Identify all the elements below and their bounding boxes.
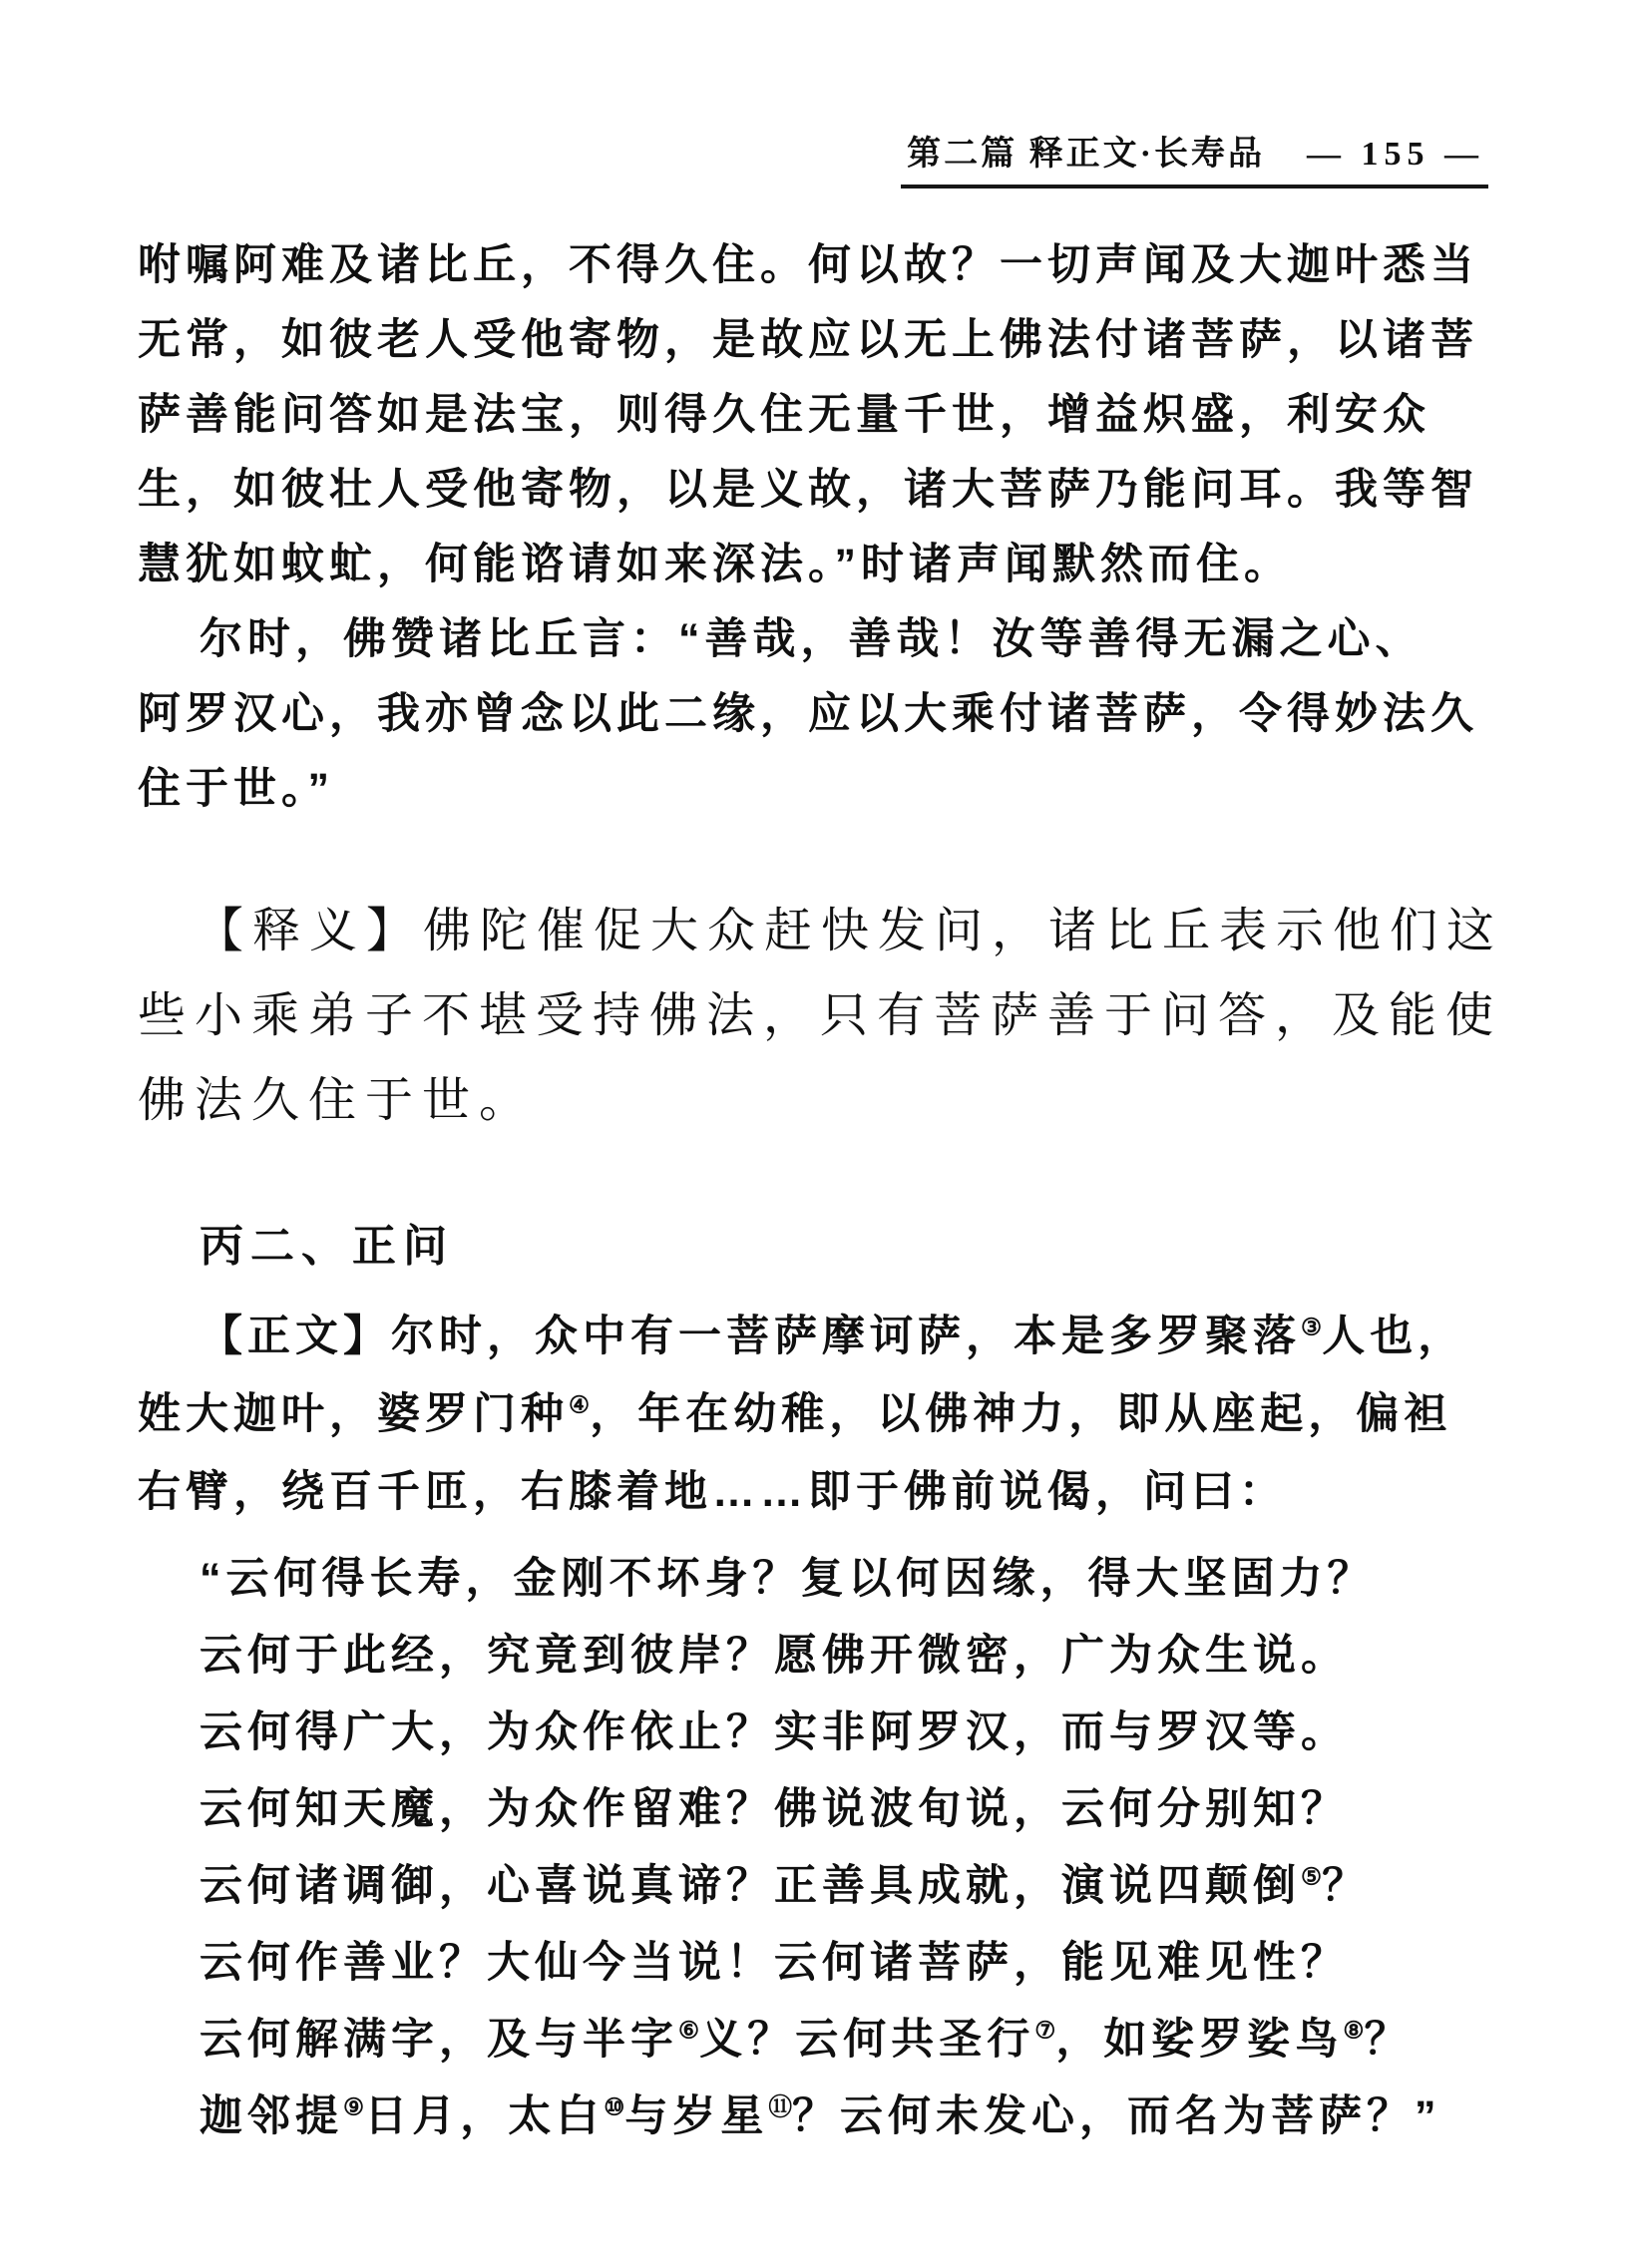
verse-line: 云何得广大，为众作依止？实非阿罗汉，而与罗汉等。: [200, 1695, 1488, 1771]
book-page: 第二篇 释正文·长寿品— 155 — 咐嘱阿难及诸比丘，不得久住。何以故？一切声…: [0, 0, 1628, 2268]
verse-line: 云何作善业？大仙今当说！云何诸菩萨，能见难见性？: [200, 1925, 1488, 2002]
shiyi-line: 佛法久住于世。: [138, 1058, 1488, 1143]
zhengwen-paragraph: 【正文】尔时，众中有一菩萨摩诃萨，本是多罗聚落③人也， 姓大迦叶，婆罗门种④，年…: [138, 1298, 1488, 1531]
scripture-line: 咐嘱阿难及诸比丘，不得久住。何以故？一切声闻及大迦叶悉当: [138, 228, 1488, 303]
scripture-line: 慧犹如蚊虻，何能谘请如来深法。”时诸声闻默然而住。: [138, 528, 1488, 602]
verse-line: 云何于此经，究竟到彼岸？愿佛开微密，广为众生说。: [200, 1618, 1488, 1695]
verse-line: 迦邻提⑨日月，太白⑩与岁星⑪？云何未发心，而名为菩萨？”: [200, 2079, 1488, 2155]
shiyi-explanation: 【释义】佛陀催促大众赶快发问，诸比丘表示他们这 些小乘弟子不堪受持佛法，只有菩萨…: [138, 889, 1488, 1143]
scripture-line: 阿罗汉心，我亦曾念以此二缘，应以大乘付诸菩萨，令得妙法久: [138, 677, 1488, 752]
verse-line: 云何诸调御，心喜说真谛？正善具成就，演说四颠倒⑤？: [200, 1848, 1488, 1925]
verse-line: 云何解满字，及与半字⑥义？云何共圣行⑦，如娑罗娑鸟⑧？: [200, 2002, 1488, 2079]
scripture-line: 住于世。”: [138, 752, 1488, 827]
scripture-paragraph-1: 咐嘱阿难及诸比丘，不得久住。何以故？一切声闻及大迦叶悉当 无常，如彼老人受他寄物…: [138, 228, 1488, 602]
verse-block: “云何得长寿，金刚不坏身？复以何因缘，得大坚固力？ 云何于此经，究竟到彼岸？愿佛…: [138, 1541, 1488, 2155]
scripture-line: 萨善能问答如是法宝，则得久住无量千世，增益炽盛，利安众: [138, 378, 1488, 453]
section-heading: 丙二、正问: [138, 1209, 1488, 1284]
zhengwen-line: 【正文】尔时，众中有一菩萨摩诃萨，本是多罗聚落③人也，: [138, 1298, 1488, 1375]
shiyi-line: 些小乘弟子不堪受持佛法，只有菩萨善于问答，及能使: [138, 973, 1488, 1058]
scripture-line: 无常，如彼老人受他寄物，是故应以无上佛法付诸菩萨，以诸菩: [138, 303, 1488, 378]
zhengwen-line: 右臂，绕百千匝，右膝着地……即于佛前说偈，问曰：: [138, 1453, 1488, 1531]
running-header: 第二篇 释正文·长寿品— 155 —: [138, 126, 1488, 189]
shiyi-line: 【释义】佛陀催促大众赶快发问，诸比丘表示他们这: [138, 889, 1488, 973]
verse-line: “云何得长寿，金刚不坏身？复以何因缘，得大坚固力？: [200, 1541, 1488, 1618]
running-header-title: 第二篇 释正文·长寿品: [907, 136, 1265, 173]
scripture-paragraph-2: 尔时，佛赞诸比丘言：“善哉，善哉！汝等善得无漏之心、 阿罗汉心，我亦曾念以此二缘…: [138, 602, 1488, 827]
scripture-line: 生，如彼壮人受他寄物，以是义故，诸大菩萨乃能问耳。我等智: [138, 453, 1488, 528]
running-header-rule: 第二篇 释正文·长寿品— 155 —: [901, 126, 1488, 189]
page-number: — 155 —: [1307, 136, 1484, 173]
scripture-line: 尔时，佛赞诸比丘言：“善哉，善哉！汝等善得无漏之心、: [138, 602, 1488, 677]
zhengwen-line: 姓大迦叶，婆罗门种④，年在幼稚，以佛神力，即从座起，偏袒: [138, 1375, 1488, 1453]
verse-line: 云何知天魔，为众作留难？佛说波旬说，云何分别知？: [200, 1771, 1488, 1848]
